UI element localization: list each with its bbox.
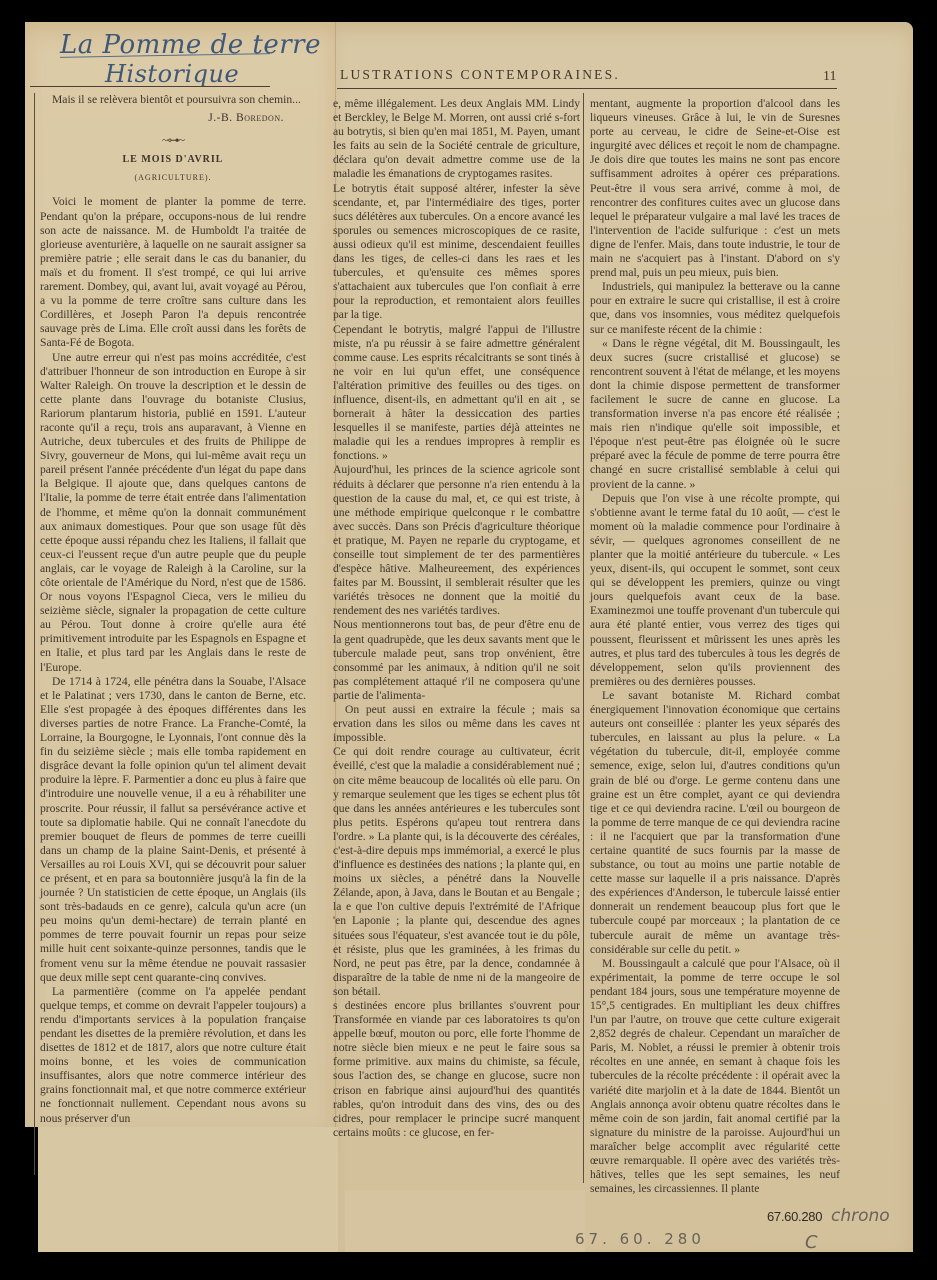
paragraph: De 1714 à 1724, elle pénétra dans la Sou… — [40, 675, 306, 985]
paragraph: s destinées encore plus brillantes s'ouv… — [333, 999, 580, 1140]
section-subtitle: (AGRICULTURE). — [40, 171, 306, 185]
left-margin-line — [34, 93, 35, 1175]
pencil-note: chrono — [831, 1206, 890, 1226]
ornament-divider: ~⊶~ — [40, 133, 306, 147]
header-rule — [337, 88, 837, 89]
paragraph: Le botrytis était supposé altérer, infes… — [333, 182, 580, 323]
paragraph: M. Boussingault a calculé que pour l'Als… — [590, 957, 840, 1197]
middle-clipping-bottom — [345, 1190, 585, 1252]
left-clipping-bottom — [38, 1127, 338, 1252]
paragraph: On peut aussi en extraire la fécule ; ma… — [333, 703, 580, 745]
paragraph: Le savant botaniste M. Richard combat én… — [590, 689, 840, 957]
paragraph: Nous mentionnerons tout bas, de peur d'ê… — [333, 618, 580, 703]
paragraph: Une autre erreur qui n'est pas moins acc… — [40, 351, 306, 675]
pencil-letter: C — [805, 1232, 818, 1253]
right-column: mentant, augmente la proportion d'alcool… — [590, 97, 840, 1196]
left-top-rule — [30, 86, 270, 87]
paragraph: Cependant le botrytis, malgré l'appui de… — [333, 323, 580, 464]
pencil-bottom-number: 67. 60. 280 — [575, 1230, 705, 1248]
page-number: 11 — [823, 69, 836, 85]
paragraph: mentant, augmente la proportion d'alcool… — [590, 97, 840, 280]
paragraph: Aujourd'hui, les princes de la science a… — [333, 463, 580, 618]
section-title: LE MOIS D'AVRIL — [40, 153, 306, 167]
paragraph: Ce qui doit rendre courage au cultivateu… — [333, 745, 580, 999]
paragraph: Voici le moment de planter la pomme de t… — [40, 195, 306, 350]
stamped-inventory-number: 67.60.280 — [767, 1209, 822, 1224]
middle-column: e, même illégalement. Les deux Anglais M… — [333, 97, 580, 1140]
left-column: Mais il se relèvera bientôt et poursuivr… — [40, 93, 306, 1126]
handwritten-subtitle: Historique — [105, 60, 239, 88]
running-header: LUSTRATIONS CONTEMPORAINES. — [340, 67, 620, 83]
column-divider — [583, 93, 584, 1183]
paragraph: e, même illégalement. Les deux Anglais M… — [333, 97, 580, 182]
opening-line: Mais il se relèvera bientôt et poursuivr… — [40, 93, 306, 107]
paragraph: Depuis que l'on vise à une récolte promp… — [590, 492, 840, 689]
signature: J.-B. Boredon. — [40, 111, 284, 125]
paragraph: Industriels, qui manipulez la betterave … — [590, 280, 840, 336]
paragraph: « Dans le règne végétal, dit M. Boussing… — [590, 337, 840, 492]
paragraph: La parmentière (comme on l'a appelée pen… — [40, 985, 306, 1126]
